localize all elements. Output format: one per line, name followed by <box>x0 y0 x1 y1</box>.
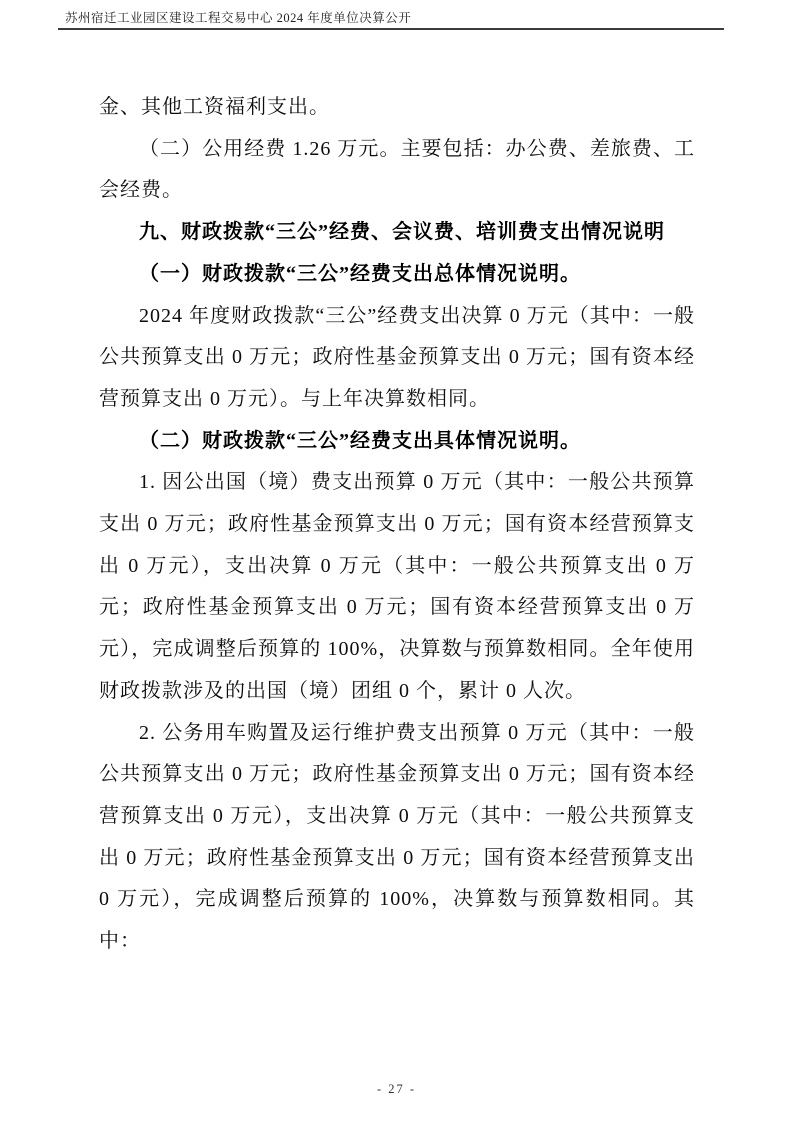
paragraph-wage-welfare-continuation: 金、其他工资福利支出。 <box>99 87 695 129</box>
heading-subsection-one-overall: （一）财政拨款“三公”经费支出总体情况说明。 <box>99 254 695 296</box>
paragraph-item-1-overseas-trips: 1. 因公出国（境）费支出预算 0 万元（其中：一般公共预算支出 0 万元；政府… <box>99 462 695 712</box>
page-number: - 27 - <box>377 1082 416 1096</box>
header-title: 苏州宿迁工业园区建设工程交易中心 2024 年度单位决算公开 <box>65 8 411 26</box>
header-divider <box>58 28 724 30</box>
heading-subsection-two-specific: （二）财政拨款“三公”经费支出具体情况说明。 <box>99 421 695 463</box>
heading-section-nine: 九、财政拨款“三公”经费、会议费、培训费支出情况说明 <box>99 212 695 254</box>
paragraph-public-expense: （二）公用经费 1.26 万元。主要包括：办公费、差旅费、工会经费。 <box>99 129 695 212</box>
paragraph-item-2-official-vehicles: 2. 公务用车购置及运行维护费支出预算 0 万元（其中：一般公共预算支出 0 万… <box>99 713 695 963</box>
document-body: 金、其他工资福利支出。 （二）公用经费 1.26 万元。主要包括：办公费、差旅费… <box>99 87 695 963</box>
page-footer: - 27 - <box>0 1082 793 1097</box>
document-page: 苏州宿迁工业园区建设工程交易中心 2024 年度单位决算公开 金、其他工资福利支… <box>0 0 793 1122</box>
paragraph-overall-situation: 2024 年度财政拨款“三公”经费支出决算 0 万元（其中：一般公共预算支出 0… <box>99 296 695 421</box>
